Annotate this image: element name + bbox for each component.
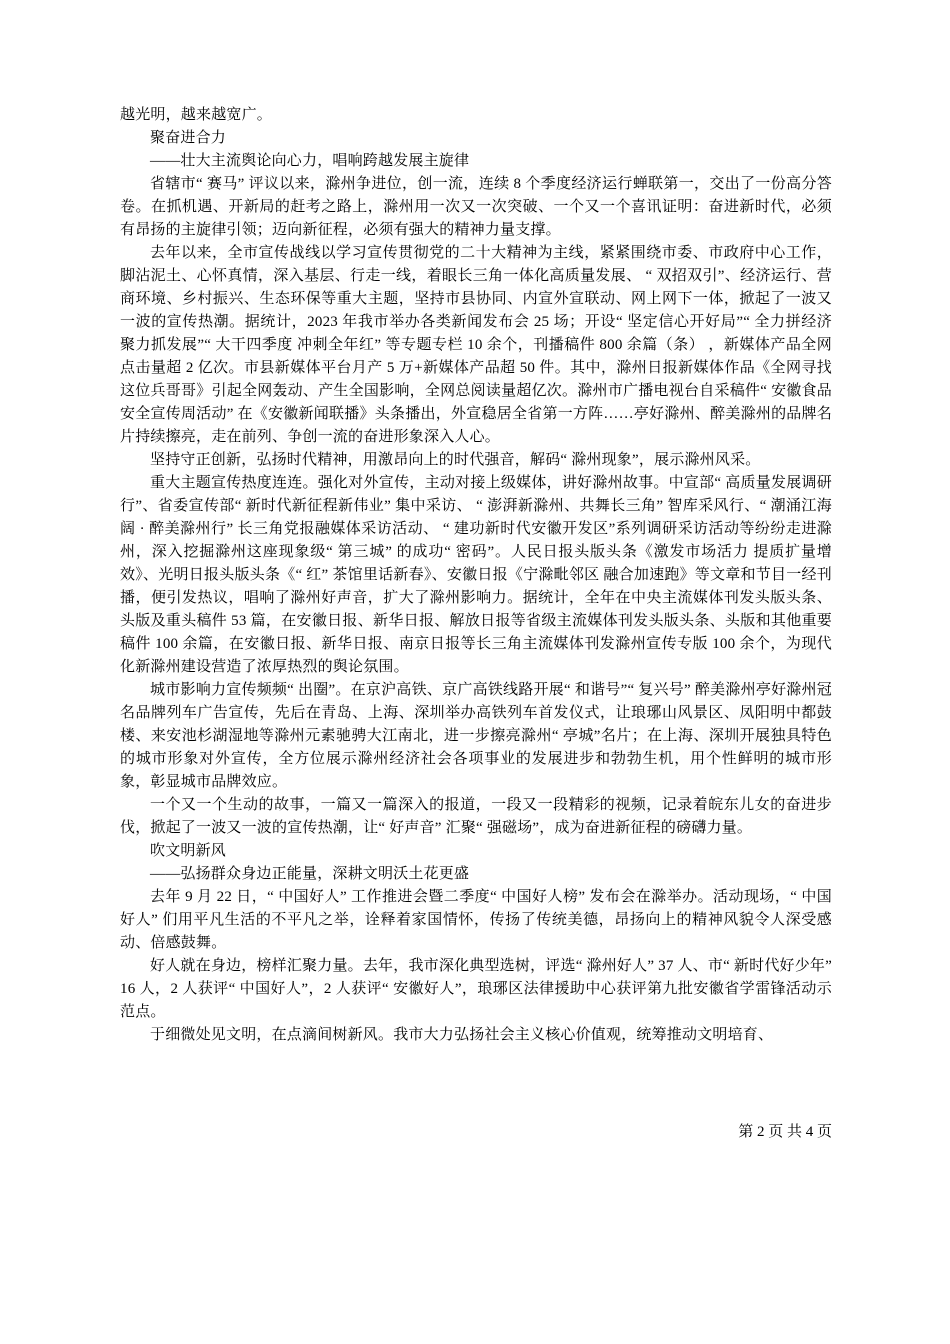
page-number: 第 2 页 共 4 页: [738, 1124, 832, 1140]
page-footer: 第 2 页 共 4 页: [738, 1121, 832, 1144]
paragraph: 去年以来，全市宣传战线以学习宣传贯彻党的二十大精神为主线，紧紧围绕市委、市政府中…: [120, 242, 832, 449]
paragraph-continuation: 越光明，越来越宽广。: [120, 104, 832, 127]
paragraph: 城市影响力宣传频频“ 出圈”。在京沪高铁、京广高铁线路开展“ 和谐号”“ 复兴号…: [120, 679, 832, 794]
paragraph: 重大主题宣传热度连连。强化对外宣传，主动对接上级媒体，讲好滁州故事。中宣部“ 高…: [120, 472, 832, 679]
paragraph: 省辖市“ 赛马” 评议以来，滁州争进位，创一流，连续 8 个季度经济运行蝉联第一…: [120, 173, 832, 242]
document-body: 越光明，越来越宽广。 聚奋进合力 ——壮大主流舆论向心力，唱响跨越发展主旋律 省…: [120, 104, 832, 1047]
section-heading: 聚奋进合力: [120, 127, 832, 150]
section-subtitle: ——弘扬群众身边正能量，深耕文明沃土花更盛: [120, 863, 832, 886]
paragraph: 坚持守正创新，弘扬时代精神，用激昂向上的时代强音，解码“ 滁州现象”，展示滁州风…: [120, 449, 832, 472]
document-page: 越光明，越来越宽广。 聚奋进合力 ——壮大主流舆论向心力，唱响跨越发展主旋律 省…: [0, 0, 950, 1344]
paragraph: 去年 9 月 22 日，“ 中国好人” 工作推进会暨二季度“ 中国好人榜” 发布…: [120, 886, 832, 955]
paragraph: 好人就在身边，榜样汇聚力量。去年，我市深化典型选树，评选“ 滁州好人” 37 人…: [120, 955, 832, 1024]
section-heading: 吹文明新风: [120, 840, 832, 863]
section-subtitle: ——壮大主流舆论向心力，唱响跨越发展主旋律: [120, 150, 832, 173]
paragraph: 一个又一个生动的故事，一篇又一篇深入的报道，一段又一段精彩的视频，记录着皖东儿女…: [120, 794, 832, 840]
paragraph: 于细微处见文明，在点滴间树新风。我市大力弘扬社会主义核心价值观，统筹推动文明培育…: [120, 1024, 832, 1047]
